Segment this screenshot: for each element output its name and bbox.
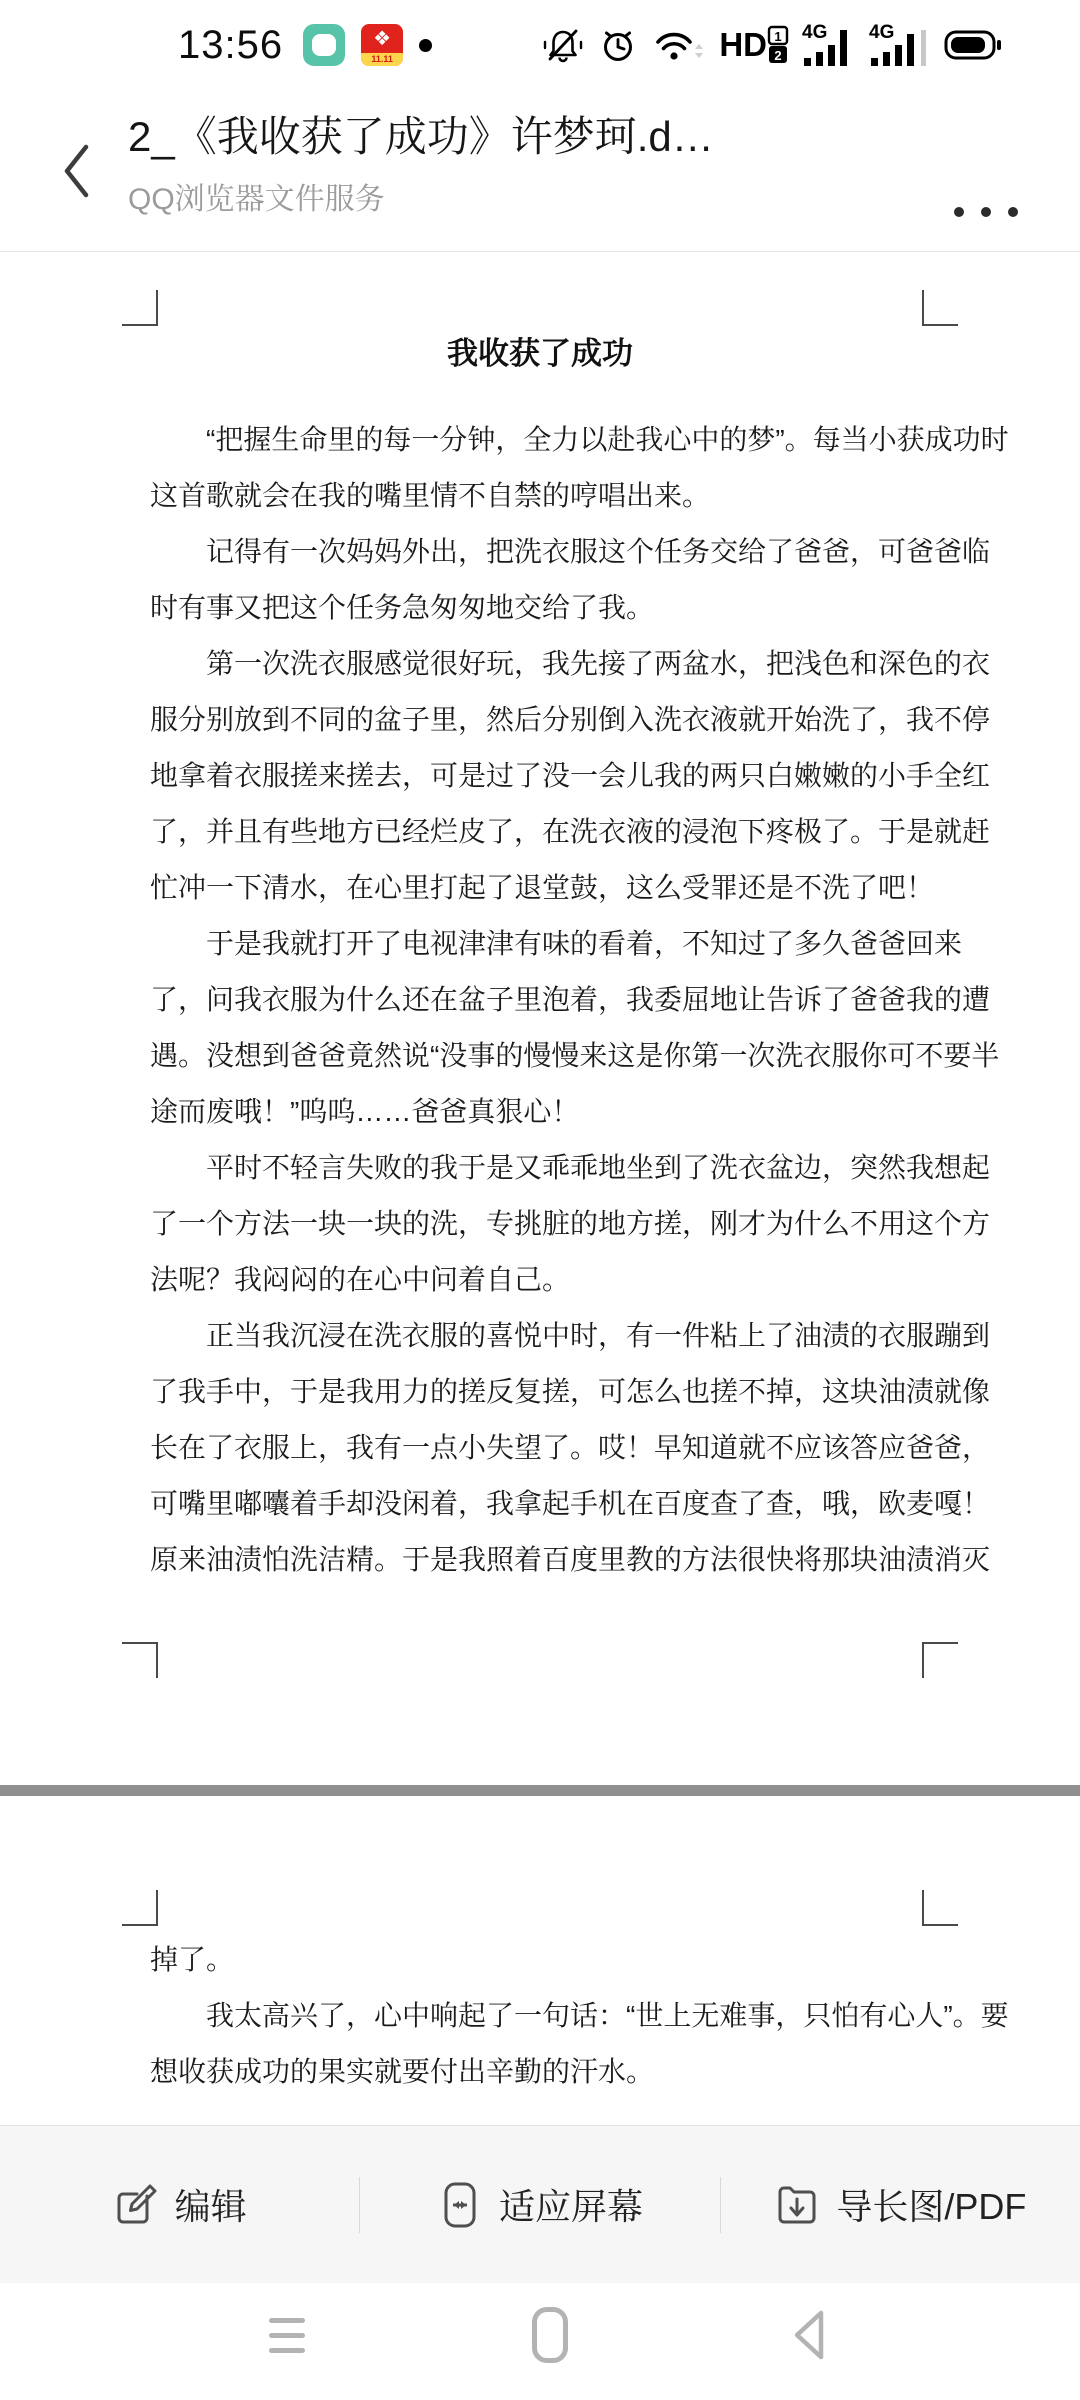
system-nav-bar — [0, 2283, 1080, 2400]
doc-line: 了，问我衣服为什么还在盆子里泡着，我委屈地让告诉了爸爸我的遭 — [150, 972, 966, 1028]
network-type-1: 4G — [802, 22, 827, 43]
essay-title: 我收获了成功 — [0, 328, 1080, 373]
page1-top-left-mark — [122, 290, 158, 326]
hd-label: HD — [719, 25, 767, 65]
doc-line: 第一次洗衣服感觉很好玩，我先接了两盆水，把浅色和深色的衣 — [150, 636, 966, 692]
menu-nav-button[interactable] — [259, 2307, 315, 2363]
doc-line: 想收获成功的果实就要付出辛勤的汗水。 — [150, 2044, 966, 2100]
doc-line: 法呢？我闷闷的在心中问着自己。 — [150, 1252, 966, 1308]
volte-hd-indicator: HD 1 2 — [719, 25, 789, 65]
document-page2-text: 掉了。 我太高兴了，心中响起了一句话：“世上无难事，只怕有心人”。要想收获成功的… — [150, 1932, 966, 2100]
shopping-notification-icon: ❖ 11.11 — [361, 24, 403, 66]
document-page-1[interactable]: 我收获了成功 “把握生命里的每一分钟，全力以赴我心中的梦”。每当小获成功时这首歌… — [0, 252, 1080, 1785]
status-bar: 13:56 ❖ 11.11 — [0, 0, 1080, 90]
ellipsis-dot-icon — [981, 207, 991, 217]
document-page-2[interactable]: 掉了。 我太高兴了，心中响起了一句话：“世上无难事，只怕有心人”。要想收获成功的… — [0, 1796, 1080, 2125]
doc-line: 了一个方法一块一块的洗，专挑脏的地方搓，刚才为什么不用这个方 — [150, 1196, 966, 1252]
ellipsis-dot-icon — [1008, 207, 1018, 217]
fit-screen-label: 适应屏幕 — [499, 2179, 643, 2230]
fit-screen-icon — [437, 2182, 483, 2228]
battery-icon — [944, 29, 1002, 61]
doc-line: 长在了衣服上，我有一点小失望了。哎！早知道就不应该答应爸爸， — [150, 1420, 966, 1476]
page1-bottom-left-mark — [122, 1642, 158, 1678]
doc-line: 服分别放到不同的盆子里，然后分别倒入洗衣液就开始洗了，我不停 — [150, 692, 966, 748]
doc-line: 了我手中，于是我用力的搓反复搓，可怎么也搓不掉，这块油渍就像 — [150, 1364, 966, 1420]
doc-line: 于是我就打开了电视津津有味的看着，不知过了多久爸爸回来 — [150, 916, 966, 972]
more-menu-button[interactable] — [954, 182, 1018, 242]
back-nav-button[interactable] — [783, 2307, 839, 2363]
phone-screen: 13:56 ❖ 11.11 — [0, 0, 1080, 2400]
alarm-clock-icon — [597, 24, 639, 66]
papercut-pattern-icon: ❖ — [361, 26, 403, 52]
doc-line: 记得有一次妈妈外出，把洗衣服这个任务交给了爸爸，可爸爸临 — [150, 524, 966, 580]
svg-text:2: 2 — [774, 48, 781, 63]
messenger-notification-icon — [303, 24, 345, 66]
doc-line: 遇。没想到爸爸竟然说“没事的慢慢来这是你第一次洗衣服你可不要半 — [150, 1028, 966, 1084]
home-pill-icon — [532, 2307, 568, 2363]
file-title: 2_《我收获了成功》许梦珂.d… — [128, 104, 848, 164]
svg-text:1: 1 — [774, 29, 781, 44]
fit-screen-button[interactable]: 适应屏幕 — [360, 2126, 719, 2283]
doc-line: 我太高兴了，心中响起了一句话：“世上无难事，只怕有心人”。要 — [150, 1988, 966, 2044]
export-download-icon — [774, 2182, 820, 2228]
export-long-image-pdf-button[interactable]: 导长图/PDF — [721, 2126, 1080, 2283]
page1-bottom-right-mark — [922, 1642, 958, 1678]
doc-line: 时有事又把这个任务急匆匆地交给了我。 — [150, 580, 966, 636]
doc-line: 原来油渍怕洗洁精。于是我照着百度里教的方法很快将那块油渍消灭 — [150, 1532, 966, 1588]
doc-line: “把握生命里的每一分钟，全力以赴我心中的梦”。每当小获成功时 — [150, 412, 966, 468]
page2-top-left-mark — [122, 1890, 158, 1926]
edit-label: 编辑 — [175, 2179, 247, 2230]
notification-icons: ❖ 11.11 — [303, 24, 432, 66]
more-notifications-dot-icon — [419, 39, 432, 52]
doc-line: 掉了。 — [150, 1932, 966, 1988]
promo-band: 11.11 — [361, 53, 403, 66]
doc-line: 途而废哦！”呜呜……爸爸真狠心！ — [150, 1084, 966, 1140]
clock-text: 13:56 — [178, 23, 283, 68]
doc-line: 正当我沉浸在洗衣服的喜悦中时，有一件粘上了油渍的衣服蹦到 — [150, 1308, 966, 1364]
signal-sim1-icon: 4G — [802, 22, 856, 68]
doc-line: 了，并且有些地方已经烂皮了，在洗衣液的浸泡下疼极了。于是就赶 — [150, 804, 966, 860]
bottom-toolbar: 编辑 适应屏幕 导长图/PDF — [0, 2125, 1080, 2283]
sim-1-2-badge-icon: 1 2 — [767, 25, 789, 65]
home-nav-button[interactable] — [522, 2307, 578, 2363]
network-type-2: 4G — [869, 22, 894, 43]
doc-line: 忙冲一下清水，在心里打起了退堂鼓，这么受罪还是不洗了吧！ — [150, 860, 966, 916]
doc-line: 可嘴里嘟囔着手却没闲着，我拿起手机在百度查了查，哦，欧麦嘎！ — [150, 1476, 966, 1532]
page2-top-right-mark — [922, 1890, 958, 1926]
wifi-icon — [652, 24, 706, 66]
back-triangle-icon — [785, 2307, 837, 2363]
page1-top-right-mark — [922, 290, 958, 326]
title-bar: 2_《我收获了成功》许梦珂.d… QQ浏览器文件服务 — [0, 90, 1080, 252]
doc-line: 这首歌就会在我的嘴里情不自禁的哼唱出来。 — [150, 468, 966, 524]
back-chevron-icon — [61, 141, 91, 201]
edit-pencil-icon — [113, 2182, 159, 2228]
doc-line: 地拿着衣服搓来搓去，可是过了没一会儿我的两只白嫩嫩的小手全红 — [150, 748, 966, 804]
status-icons: HD 1 2 4G 4G — [542, 22, 1002, 68]
back-button[interactable] — [48, 126, 104, 216]
header-texts: 2_《我收获了成功》许梦珂.d… QQ浏览器文件服务 — [128, 104, 848, 218]
export-label: 导长图/PDF — [836, 2179, 1026, 2230]
file-source-subtitle: QQ浏览器文件服务 — [128, 174, 848, 218]
doc-line: 平时不轻言失败的我于是又乖乖地坐到了洗衣盆边，突然我想起 — [150, 1140, 966, 1196]
hamburger-icon — [269, 2318, 305, 2353]
edit-button[interactable]: 编辑 — [0, 2126, 359, 2283]
document-page1-text: “把握生命里的每一分钟，全力以赴我心中的梦”。每当小获成功时这首歌就会在我的嘴里… — [150, 412, 966, 1588]
page-separator — [0, 1785, 1080, 1796]
signal-sim2-icon: 4G — [869, 22, 931, 68]
ellipsis-dot-icon — [954, 207, 964, 217]
mute-bell-icon — [542, 24, 584, 66]
